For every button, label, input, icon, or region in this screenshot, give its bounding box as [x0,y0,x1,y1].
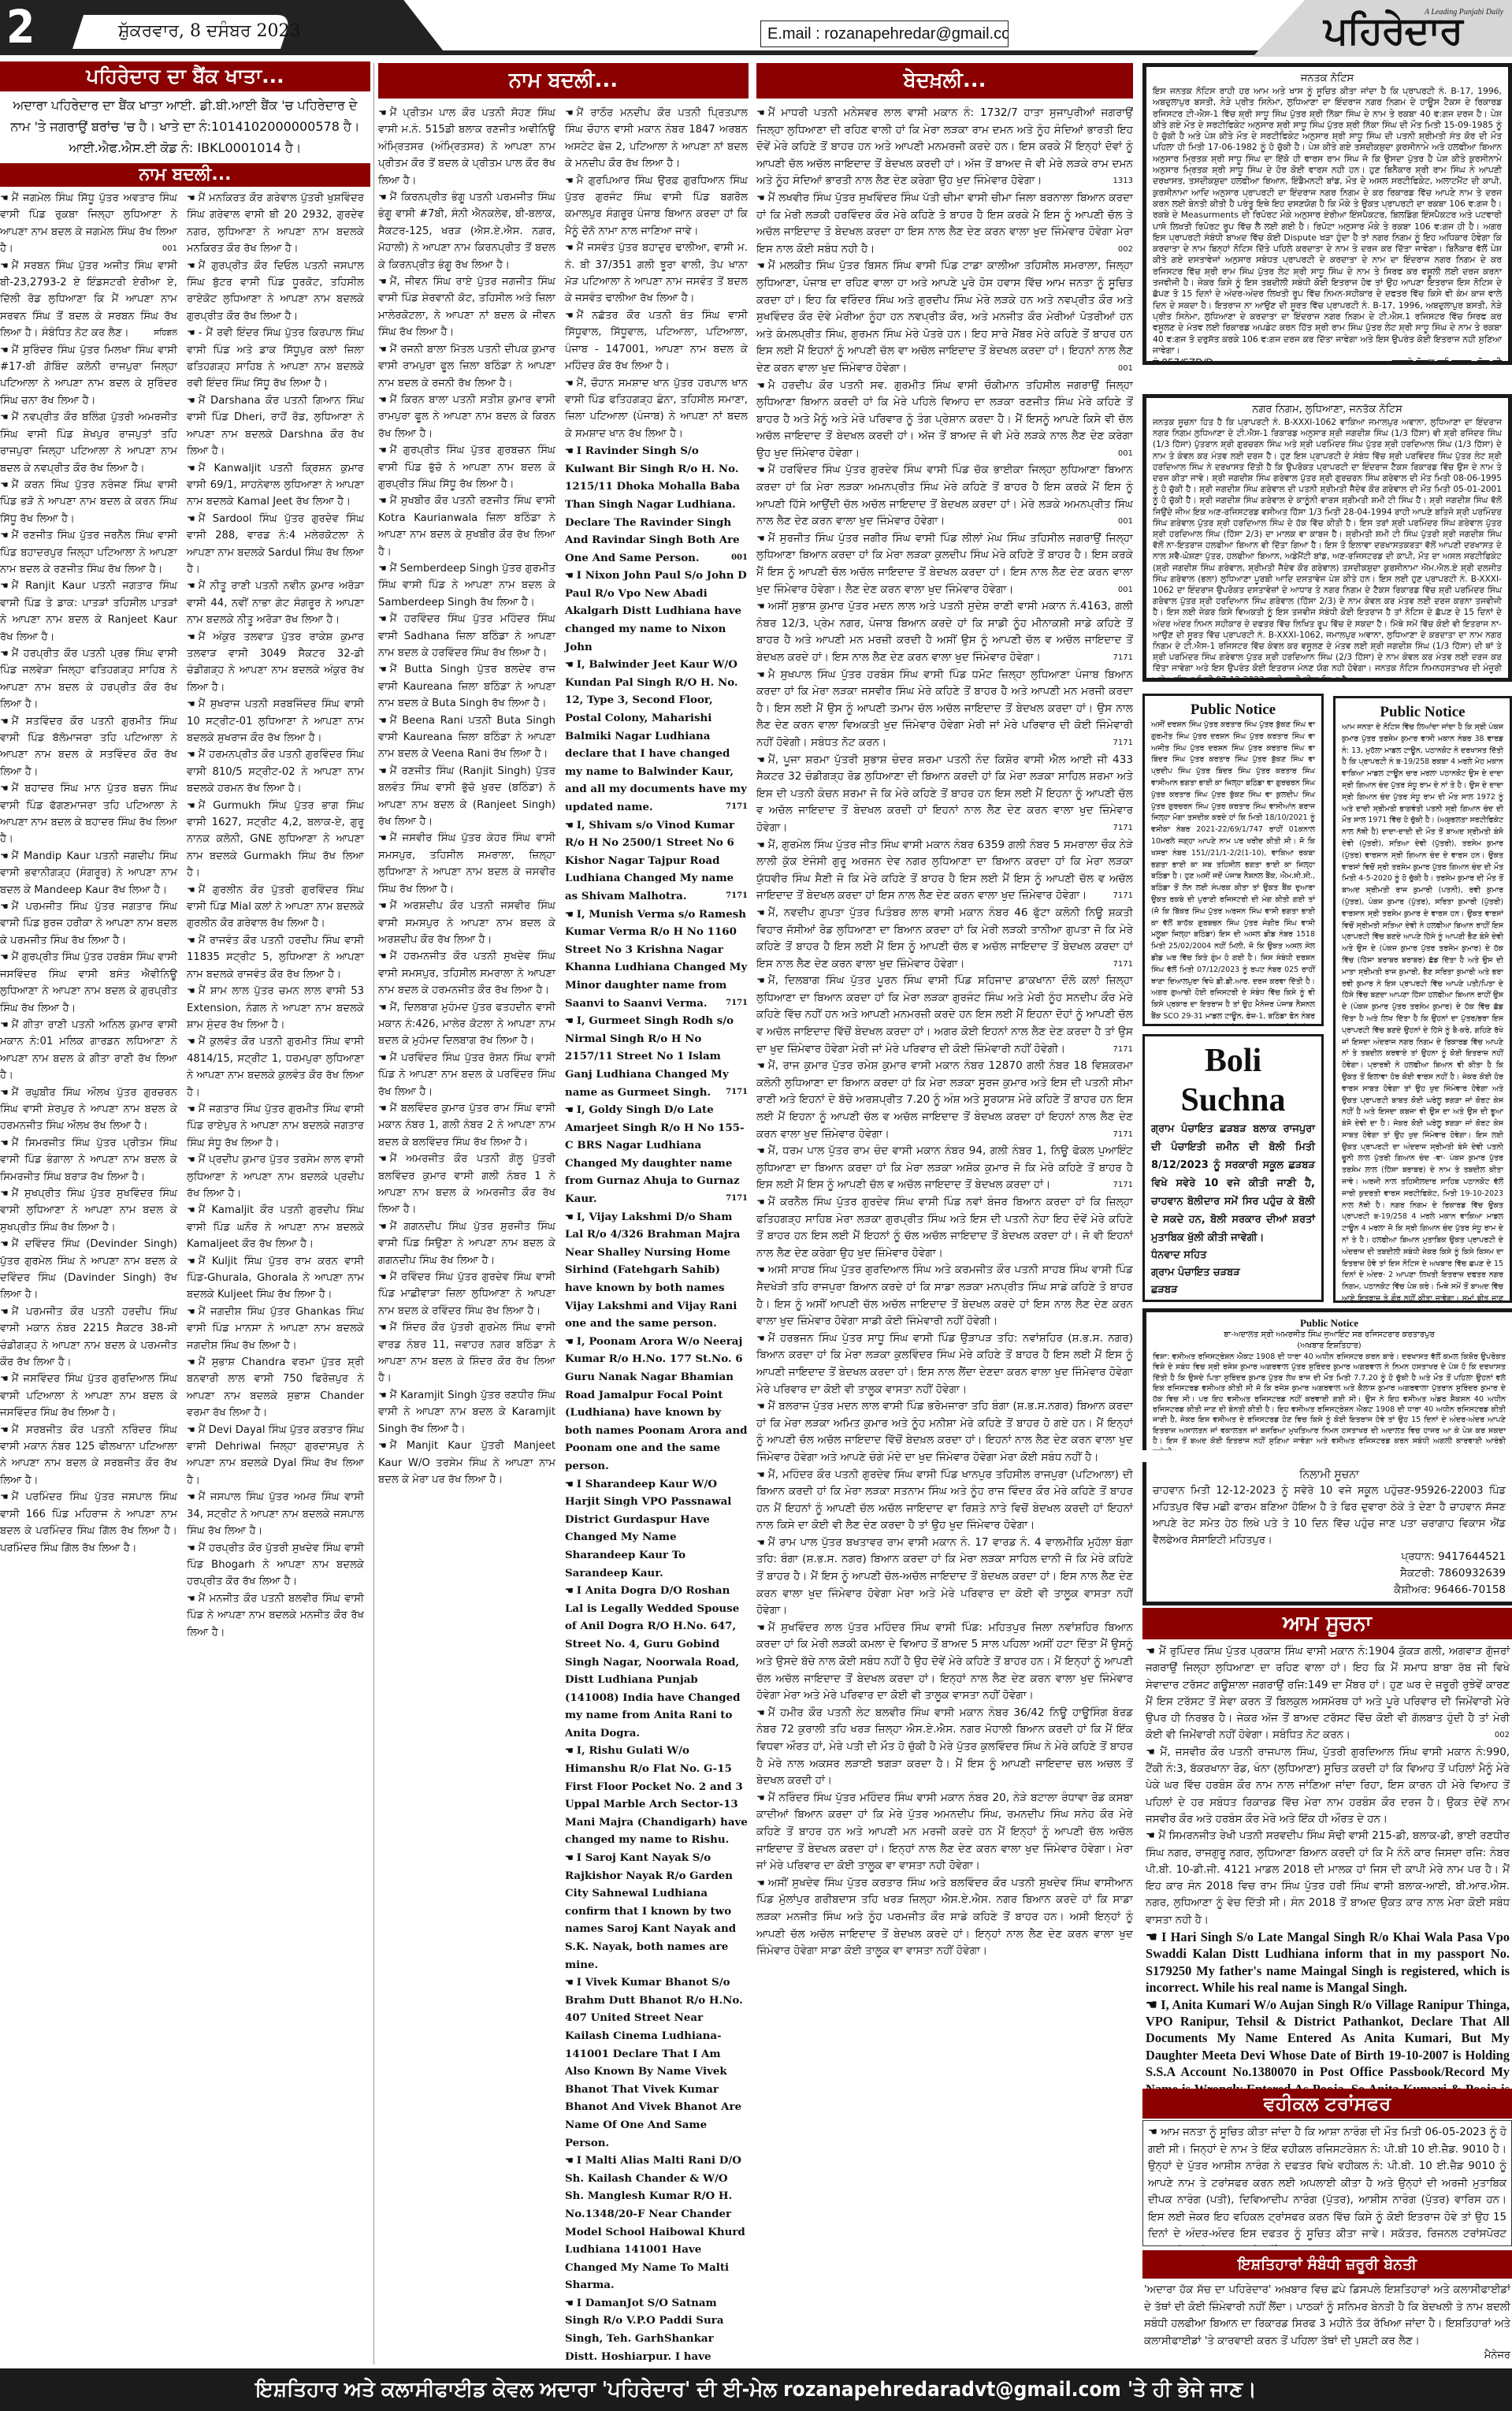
entry-text: I Sharandeep Kaur W/O Harjit Singh VPO P… [565,1478,731,1579]
pointing-hand-icon: ☚ [378,1002,387,1013]
entry-text: ਮੈਂ ਮਨਕਿਰਤ ਕੌਰ ਗਰੇਵਾਲ ਪੁੱਤਰੀ ਖੁਸ਼ਵਿੰਦਰ ਸ… [187,192,364,255]
classified-entry: ☚ਮੈਂ Butta Singh ਪੁੱਤਰ ਬਲਦੇਵ ਰਾਜ ਵਾਸੀ Ka… [378,661,555,712]
classified-entry: ☚ਮੈਂ, ਰਾਜ ਕੁਮਾਰ ਪੁੱਤਰ ਰਮੇਸ਼ ਕੁਮਾਰ ਵਾਸੀ ਮ… [756,1058,1133,1143]
pointing-hand-icon: ☚ [565,820,574,831]
classified-entry: ☚ਮੈਂ Ranjit Kaur ਪਤਨੀ ਜਗਤਾਰ ਸਿੰਘ ਵਾਸੀ ਪਿ… [0,578,177,646]
pointing-hand-icon: ☚ [565,310,574,321]
contact-phone[interactable]: ਪ੍ਰਧਾਨ: 9417644521 [1153,1549,1506,1565]
classified-entry: ☚ਮੈਂ ਬਹਾਦਰ ਸਿੰਘ ਮਾਨ ਪੁੱਤਰ ਬਚਨ ਸਿੰਘ ਵਾਸੀ … [0,780,177,848]
entry-text: I, Goldy Singh D/o Late Amarjeet Singh R… [565,1103,745,1205]
pointing-hand-icon: ☚ [0,716,9,727]
classified-entry: ☚ਮੈਂ ਸੁਖਵਿੰਦਰ ਲਾਲ ਪੁੱਤਰ ਮਹਿੰਦਰ ਸਿੰਘ ਵਾਸੀ… [756,1620,1133,1705]
entry-text: ਮੈ ਸੁਖਪਾਲ ਸਿੰਘ ਪੁੱਤਰ ਹਰਬੰਸ ਸਿੰਘ ਵਾਸੀ ਪਿੰ… [756,668,1133,749]
entry-text: ਮੈਂ ਅੰਕੁਰ ਤਲਵਾੜ ਪੁੱਤਰ ਰਾਕੇਸ਼ ਕੁਮਾਰ ਤਲਵਾੜ… [187,631,364,694]
classified-entry: ☚ਮੈਂ ਸ਼ਿੰਦਰ ਕੌਰ ਪੁੱਤਰੀ ਗੁਰਮੇਲ ਸਿੰਘ ਵਾਸੀ … [378,1319,555,1387]
entry-text: ਮੈਂ ਜਗਤਾਰ ਸਿੰਘ ਪੁੱਤਰ ਗੁਰਮੀਤ ਸਿੰਘ ਵਾਸੀ ਪਿ… [187,1103,364,1149]
pointing-hand-icon: ☚ [378,107,387,118]
classified-entry: ☚ਮੈ ਸੁਖਪਾਲ ਸਿੰਘ ਪੁੱਤਰ ਹਰਬੰਸ ਸਿੰਘ ਵਾਸੀ ਪਿ… [756,667,1133,752]
entry-code: 7171 [726,887,748,906]
classified-entry: ☚I, Rishu Gulati W/o Himanshu R/o Flat N… [565,1742,748,1849]
entry-text: ਮੈਂ, ਮਹਿੰਦਰ ਕੌਰ ਪਤਨੀ ਗੁਰਦੇਵ ਸਿੰਘ ਵਾਸੀ ਪਿ… [756,1468,1133,1532]
entry-text: ਮੈਂ ਗੁਰਪ੍ਰੀਤ ਕੌਰ ਦਿਓਲ ਪਤਨੀ ਜਸਪਾਲ ਸਿੰਘ ਬੁ… [187,260,364,322]
entry-text: ਮੈਂ ਨਵਪ੍ਰੀਤ ਕੌਰ ਬਲਿੰਗ ਪੁੱਤਰੀ ਅਮਰਜੀਤ ਸਿੰਘ… [0,411,177,474]
entry-text: I, Vijay Lakshmi D/o Sham Lal R/o 4/326 … [565,1211,740,1330]
pointing-hand-icon: ☚ [0,411,9,422]
notice-signature: ਨੰ.857/SZD/Dਵਾਸਤੇ ਜੋਨਲ ਕਮਿਸ਼ਨਰ, ਜੋਨ-ਡੀ [1153,356,1502,365]
classified-entry: ☚ਮੈਂ Darshana ਕੌਰ ਪਤਨੀ ਗਿਆਨ ਸਿੰਘ ਵਾਸੀ ਪਿ… [187,393,364,460]
pointing-hand-icon: ☚ [378,832,387,843]
classified-entry: ☚ਮੈਂ Kamaljit ਕੌਰ ਪਤਨੀ ਗੁਰਦੀਪ ਸਿੰਘ ਵਾਸੀ … [187,1202,364,1252]
classified-entry: ☚ਮੈਂ ਪ੍ਰਦੀਪ ਕੁਮਾਰ ਪੁੱਤਰ ਤਰਸੇਮ ਲਾਲ ਵਾਸੀ ਲ… [187,1152,364,1202]
classified-entry: ☚ਮੈਂ ਸਰਬਨ ਸਿੰਘ ਪੁੱਤਰ ਅਜੀਤ ਸਿੰਘ ਵਾਸੀ ਬੀ-2… [0,258,177,342]
entry-text: ਮੈਂ ਹਮੀਰ ਕੌਰ ਪਤਨੀ ਲੇਟ ਬਲਵੀਰ ਸਿੰਘ ਵਾਸੀ ਮਕ… [756,1706,1133,1787]
notice-entry: ☚ I Hari Singh S/o Late Mangal Singh R/o… [1146,1929,1510,1996]
pointing-hand-icon: ☚ [378,1103,387,1114]
contact-phone[interactable]: ਕੈਸ਼ੀਅਰ: 96466-70158 [1153,1582,1506,1598]
entry-text: ਮੈਂ ਕਰਨੈਲ ਸਿੰਘ ਪੁੱਤਰ ਗੁਰਦੇਵ ਸਿੰਘ ਵਾਸੀ ਪਿ… [756,1196,1133,1259]
classified-entry: ☚ਮੈਂ ਸੁਖਪ੍ਰੀਤ ਸਿੰਘ ਪੁੱਤਰ ਸੁਖਵਿੰਦਰ ਸਿੰਘ ਵ… [0,1185,177,1236]
pointing-hand-icon: ☚ [378,344,387,355]
entry-text: I, Rishu Gulati W/o Himanshu R/o Flat No… [565,1744,748,1846]
classified-entry: ☚ਮੈਂ ਮਨਕਿਰਤ ਕੌਰ ਗਰੇਵਾਲ ਪੁੱਤਰੀ ਖੁਸ਼ਵਿੰਦਰ … [187,190,364,258]
aam-suchna-body: ☚ ਮੈਂ ਰੁਪਿੰਦਰ ਸਿੰਘ ਪੁੱਤਰ ਪ੍ਰਕਾਸ਼ ਸਿੰਘ ਵਾ… [1146,1643,1510,2115]
entry-text: ਮੈਂ ਪਰਮਿੰਦਰ ਸਿੰਘ ਪੁੱਤਰ ਜਸਪਾਲ ਸਿੰਘ ਵਾਸੀ 1… [0,1491,177,1553]
name-change-left-header: ਨਾਮ ਬਦਲੀ... [0,163,370,187]
entry-text: ਮੈਂ ਦਵਿੰਦਰ ਸਿੰਘ (Devinder Singh) ਪੁੱਤਰ ਗ… [0,1238,177,1300]
entry-text: ਮੈਂ ਰਣਜੀਤ ਸਿੰਘ (Ranjit Singh) ਪੁੱਤਰ ਬਲਵੰ… [378,765,555,828]
classified-entry: ☚ਮੈਂ ਅਰਸ਼ਦੀਪ ਕੌਰ ਪਤਨੀ ਜਸਵੀਰ ਸਿੰਘ ਵਾਸੀ ਸਮ… [378,898,555,948]
entry-text: ਮੈਂ ਅਮਰਜੀਤ ਕੌਰ ਪਤਨੀ ਗੋਲੂ ਪੁੱਤਰੀ ਬਲਵਿੰਦਰ … [378,1153,555,1215]
entry-text: ਮੈਂ ਹਰਪ੍ਰੀਤ ਕੌਰ ਪੁੱਤਰੀ ਸੁਖਦੇਵ ਸਿੰਘ ਵਾਸੀ … [187,1542,364,1588]
classified-entry: ☚ਮੈਂ ਨਰਿੰਦਰ ਸਿੰਘ ਪੁੱਤਰ ਮਹਿੰਦਰ ਸਿੰਘ ਵਾਸੀ … [756,1790,1133,1875]
pointing-hand-icon: ☚ [756,260,765,271]
pointing-hand-icon: ☚ [0,1424,9,1435]
entry-text: I Vivek Kumar Bhanot S/o Brahm Dutt Bhan… [565,1976,743,2149]
boli-suchna: Boli Suchna ਗ੍ਰਾਮ ਪੰਚਾਇਤ ਛੜਬੜ ਬਲਾਕ ਰਾਜਪੁ… [1142,1034,1324,1302]
boli-signature: ਧੰਨਵਾਦ ਸਹਿਤਗ੍ਰਾਮ ਪੰਚਾਇਤ ਚੜਬੜਛੜਬੜ [1151,1247,1315,1299]
entry-text: ਮੈਂ ਰਜਨੀ ਬਾਲਾ ਮਿੱਤਲ ਪਤਨੀ ਦੀਪਕ ਕੁਮਾਰ ਵਾਸੀ… [378,344,555,389]
pointing-hand-icon: ☚ [565,378,574,389]
entry-text: ਮੈਂ ਗੁਰਪ੍ਰੀਤ ਸਿੰਘ ਪੁੱਤਰ ਹਰਬੰਸ ਸਿੰਘ ਵਾਸੀ … [0,951,177,1014]
entry-text: I Saroj Kant Nayak S/o Rajkishor Nayak R… [565,1851,736,1971]
entry-code: 002 [1118,241,1133,259]
classified-entry: ☚ਮੈਂ Mandip Kaur ਪਤਨੀ ਜਗਦੀਪ ਸਿੰਘ ਵਾਸੀ ਭਵ… [0,848,177,899]
issue-date: ਸ਼ੁੱਕਰਵਾਰ, 8 ਦਸੰਬਰ 2023 [118,17,301,46]
pointing-hand-icon: ☚ [565,909,574,920]
entry-code: 7171 [1113,1177,1133,1194]
entry-text: I Anita Dogra D/O Roshan Lal is Legally … [565,1584,740,1739]
classified-entry: ☚ਮੈ ਹਰਦੀਪ ਕੌਰ ਪਤਨੀ ਸਵ. ਗੁਰਮੀਤ ਸਿੰਘ ਵਾਸੀ … [756,378,1133,463]
entry-text: ਮੈਂ Ranjit Kaur ਪਤਨੀ ਜਗਤਾਰ ਸਿੰਘ ਵਾਸੀ ਪਿੰ… [0,580,177,642]
classified-entry: ☚ਮੈਂ ਨਵਪ੍ਰੀਤ ਕੌਰ ਬਲਿੰਗ ਪੁੱਤਰੀ ਅਮਰਜੀਤ ਸਿੰ… [0,409,177,477]
pointing-hand-icon: ☚ [756,192,765,203]
pointing-hand-icon: ☚ [378,1440,387,1451]
entry-text: ਮੈਂ ਮਨਜੀਤ ਕੌਰ ਪਤਨੀ ਬਲਵੀਰ ਸਿੰਘ ਵਾਸੀ ਪਿੰਡ … [187,1593,364,1639]
pointing-hand-icon: ☚ [0,783,9,794]
classified-entry: ☚ਮੈਂ ਨਛੱਤਰ ਕੌਰ ਪਤਨੀ ਬੰਤ ਸਿੰਘ ਵਾਸੀ ਸਿੱਧੂਵ… [565,307,748,375]
notice-title: ਨਗਰ ਨਿਗਮ, ਲੁਧਿਆਣਾ, ਜਨਤੱਕ ਨੋਟਿਸ [1153,403,1502,417]
classified-entry: ☚ਮੈਂ ਰਾਜਵੰਤ ਕੌਰ ਪਤਨੀ ਹਰਦੀਪ ਸਿੰਘ ਵਾਸੀ 118… [187,932,364,983]
bank-details: ਅਦਾਰਾ ਪਹਿਰੇਦਾਰ ਦਾ ਬੈਂਕ ਖਾਤਾ ਆਈ. ਡੀ.ਬੀ.ਆਈ… [0,91,370,162]
notice-title: Public Notice [1151,701,1315,720]
pointing-hand-icon: ☚ [1146,1830,1158,1842]
classified-entry: ☚ਮੈਂ ਜਗਤਾਰ ਸਿੰਘ ਪੁੱਤਰ ਗੁਰਮੀਤ ਸਿੰਘ ਵਾਸੀ ਪ… [187,1101,364,1152]
pointing-hand-icon: ☚ [0,1188,9,1199]
pointing-hand-icon: ☚ [1148,2126,1161,2138]
pointing-hand-icon: ☚ [756,1537,765,1548]
notice-subtitle: (ਅਖਬਾਰ ਇਸ਼ਤਿਹਾਰ) [1153,1341,1506,1352]
pointing-hand-icon: ☚ [565,1104,574,1115]
pointing-hand-icon: ☚ [187,884,195,895]
pointing-hand-icon: ☚ [1146,1997,1161,2012]
entry-text: ਮੈਂ Kuljit ਸਿੰਘ ਪੁੱਤਰ ਰਾਮ ਕਰਨ ਵਾਸੀ ਪਿੰਡ-… [187,1256,364,1301]
pointing-hand-icon: ☚ [378,765,387,776]
vehicle-transfer-body: ਆਮ ਜਨਤਾ ਨੂੰ ਸੂਚਿਤ ਕੀਤਾ ਜਾਂਦਾ ਹੈ ਕਿ ਆਸ਼ਾ … [1148,2126,1506,2246]
classified-entry: ☚ਅਸੀ ਸਾਹਬ ਸਿੰਘ ਪੁੱਤਰ ਗੁਰਦਿਆਲ ਸਿੰਘ ਅਤੇ ਕਰ… [756,1262,1133,1330]
entry-text: ਮੈਂ Gurmukh ਸਿੰਘ ਪੁੱਤਰ ਭਾਗ ਸਿੰਘ ਵਾਸੀ 162… [187,800,364,880]
entry-text: ਮੈਂ ਸਰਬਨ ਸਿੰਘ ਪੁੱਤਰ ਅਜੀਤ ਸਿੰਘ ਵਾਸੀ ਬੀ-23… [0,260,177,340]
entry-text: ਮੈਂ ਸੁਖਬੀਰ ਕੌਰ ਪਤਨੀ ਰਣਜੀਤ ਸਿੰਘ ਵਾਸੀ Kotr… [378,495,555,557]
entry-text: ਮੈਂ ਪਰਮਜੀਤ ਕੌਰ ਪਤਨੀ ਹਰਦੀਪ ਸਿੰਘ ਵਾਸੀ ਮਕਾਨ… [0,1306,177,1368]
entry-text: ਮੈਂ ਗੀਤਾ ਰਾਣੀ ਪਤਨੀ ਅਨਿਲ ਕੁਮਾਰ ਵਾਸੀ ਮਕਾਨ … [0,1019,177,1081]
entry-text: ਮੈਂ ਜਗਦੀਸ਼ ਸਿੰਘ ਪੁੱਤਰ Ghankas ਸਿੰਘ ਵਾਸੀ … [187,1306,364,1352]
notice-signatory: ਵਾਸਤੇ ਜੋਨਲ ਕਮਿਸ਼ਨਰ, ਜੋਨ-ਡੀ [1392,356,1502,365]
notice-body: ਅਸੀਂ ਦਰਸ਼ਨ ਸਿੰਘ ਪੁੱਤਰ ਕਰਤਾਰ ਸਿੰਘ ਪੁੱਤਰ ਬ… [1151,720,1315,1026]
signature-line: ਧੰਨਵਾਦ ਸਹਿਤ [1151,1247,1315,1264]
column-divider [373,63,374,2364]
classified-entry: ☚ਮੈਂ ਕੁਲਵੰਤ ਕੌਰ ਪਤਨੀ ਗੁਰਮੀਤ ਸਿੰਘ ਵਾਸੀ 48… [187,1033,364,1101]
entry-text: ਮੈਂ ਹਰਪ੍ਰੀਤ ਕੌਰ ਪਤਨੀ ਪ੍ਰਭ ਸਿੰਘ ਵਾਸੀ ਪਿੰਡ… [0,648,177,710]
entry-text: ਮੈਂ ਰਘੁਬੀਰ ਸਿੰਘ ਔਲਖ ਪੁੱਤਰ ਗੁਰਚਰਨ ਸਿੰਘ ਵਾ… [0,1087,177,1133]
entry-text: ਮੈਂ ਨੀਤੂ ਰਾਣੀ ਪਤਨੀ ਨਵੀਨ ਕੁਮਾਰ ਅਰੋੜਾ ਵਾਸੀ… [187,580,364,626]
pointing-hand-icon: ☚ [756,1333,765,1344]
classified-entry: ☚ਮੈਂ, ਗੁਰਮੇਲ ਸਿੰਘ ਪੁੱਤਰ ਜੀਤ ਸਿੰਘ ਵਾਸੀ ਮਕ… [756,837,1133,905]
classified-entry: ☚ਮੈਂ, ਦਿਲਬਾਗ ਮੁਹੰਮਦ ਪੁੱਤਰ ਫਤਹਦੀਨ ਵਾਸੀ ਮਕ… [378,999,555,1050]
classified-entry: ☚ਮੈਂ ਪਰਮਜੀਤ ਕੌਰ ਪਤਨੀ ਹਰਦੀਪ ਸਿੰਘ ਵਾਸੀ ਮਕਾ… [0,1304,177,1371]
nilami-body: ਚਾਹਵਾਨ ਮਿਤੀ 12-12-2023 ਨੂੰ ਸਵੇਰੇ 10 ਵਜੇ … [1153,1483,1506,1549]
classified-entry: ☚ਮੈਂ ਬਲਰਾਜ ਪੁੱਤਰ ਮਦਨ ਲਾਲ ਵਾਸੀ ਪਿੰਡ ਭਰੋਮਜ… [756,1398,1133,1466]
pointing-hand-icon: ☚ [378,613,387,624]
entry-text: ਮੈ ਹਰਦੀਪ ਕੌਰ ਪਤਨੀ ਸਵ. ਗੁਰਮੀਤ ਸਿੰਘ ਵਾਸੀ ਚ… [756,379,1133,460]
pointing-hand-icon: ☚ [378,715,387,726]
entry-text: ਮੈਂ ਕੁਲਵੰਤ ਕੌਰ ਪਤਨੀ ਗੁਰਮੀਤ ਸਿੰਘ ਵਾਸੀ 481… [187,1036,364,1098]
entry-text: ਮੈਂ ਪਰਵਿੰਦਰ ਸਿੰਘ ਪੁੱਤਰ ਰੋਸ਼ਨ ਸਿੰਘ ਵਾਸੀ ਪ… [378,1052,555,1098]
pointing-hand-icon: ☚ [565,107,574,118]
pointing-hand-icon: ☚ [756,601,765,612]
classified-entry: ☚ਮੈਂ Devi Dayal ਸਿੰਘ ਪੁੱਤਰ ਕਰਤਾਰ ਸਿੰਘ ਵਾ… [187,1422,364,1490]
classified-entry: ☚ਮੈਂ ਜਸਵੰਤ ਪੁੱਤਰ ਬਹਾਦੁਰ ਢਾਲੀਆ, ਵਾਸੀ ਮ. ਨ… [565,240,748,307]
pointing-hand-icon: ☚ [0,1087,9,1098]
classified-entry: ☚ਮੈਂ ਗੁਰਲੀਨ ਕੌਰ ਪੁੱਤਰੀ ਗੁਰਵਿੰਦਰ ਸਿੰਘ ਵਾਸ… [187,882,364,932]
classified-entry: ☚ਮੈਂ ਜਗਮੇਲ ਸਿੰਘ ਸਿੱਧੂ ਪੁੱਤਰ ਅਵਤਾਰ ਸਿੰਘ ਵ… [0,190,177,258]
entry-text: ਮੈਂ ਹਰਵਿੰਦਰ ਸਿੰਘ ਪੁੱਤਰ ਗੁਰਦੇਵ ਸਿੰਘ ਵਾਸੀ … [756,463,1133,527]
entry-code: 001 [1118,513,1133,530]
entry-code: 7171 [726,1190,748,1208]
ad-request-text: 'ਅਦਾਰਾ ਹੱਕ ਸੱਚ ਦਾ ਪਹਿਰੇਦਾਰ' ਅਖ਼ਬਾਰ ਵਿਚ ਛ… [1144,2282,1510,2350]
classified-entry: ☚ਅਸੀਂ ਸੁਖਦੇਵ ਸਿੰਘ ਪੁੱਤਰ ਕਰਤਾਰ ਸਿੰਘ ਅਤੇ ਬ… [756,1875,1133,1960]
pointing-hand-icon: ☚ [565,1852,574,1863]
entry-text: ਮੈਂ Kanwaljit ਪਤਨੀ ਕ੍ਰਿਸ਼ਨ ਕੁਮਾਰ ਵਾਸੀ 69… [187,463,364,508]
pointing-hand-icon: ☚ [378,951,387,962]
entry-code: 7171 [1113,956,1133,973]
pointing-hand-icon: ☚ [187,580,195,591]
classified-entry: ☚ਮੈਂ ਹਮੀਰ ਕੌਰ ਪਤਨੀ ਲੇਟ ਬਲਵੀਰ ਸਿੰਘ ਵਾਸੀ ਮ… [756,1705,1133,1790]
entry-text: I DamanJot S/O Satnam Singh R/o V.P.O Pa… [565,2297,742,2368]
ad-request-body: 'ਅਦਾਰਾ ਹੱਕ ਸੱਚ ਦਾ ਪਹਿਰੇਦਾਰ' ਅਖ਼ਬਾਰ ਵਿਚ ਛ… [1144,2282,1510,2368]
entry-text: ਮੈਂ ਬਲਵਿੰਦਰ ਕੁਮਾਰ ਪੁੱਤਰ ਰਾਮ ਸਿੰਘ ਵਾਸੀ ਮਕ… [378,1103,555,1148]
pointing-hand-icon: ☚ [187,1424,195,1435]
pointing-hand-icon: ☚ [565,2298,574,2309]
classified-entry: ☚ਮੈਂ ਹਰਵਿੰਦਰ ਸਿੰਘ ਪੁੱਤਰ ਮਹਿੰਦਰ ਸਿੰਘ ਵਾਸੀ… [378,611,555,661]
classified-entry: ☚ਮੈਂ ਪਰਵਿੰਦਰ ਸਿੰਘ ਪੁੱਤਰ ਰੋਸ਼ਨ ਸਿੰਘ ਵਾਸੀ … [378,1050,555,1100]
classified-entry: ☚ਮੈਂ ਜਗਦੀਸ਼ ਸਿੰਘ ਪੁੱਤਰ Ghankas ਸਿੰਘ ਵਾਸੀ… [187,1304,364,1354]
pointing-hand-icon: ☚ [187,463,195,474]
pointing-hand-icon: ☚ [378,563,387,574]
entry-text: ਮੈਂ Devi Dayal ਸਿੰਘ ਪੁੱਤਰ ਕਰਤਾਰ ਸਿੰਘ ਵਾਸ… [187,1424,364,1486]
entry-text: ਮੈਂ ਸੁਖਵਿੰਦਰ ਲਾਲ ਪੁੱਤਰ ਮਹਿੰਦਰ ਸਿੰਘ ਵਾਸੀ … [756,1621,1133,1702]
entry-text: ਮੈਂ, ਗੁਰਮੇਲ ਸਿੰਘ ਪੁੱਤਰ ਜੀਤ ਸਿੰਘ ਵਾਸੀ ਮਕਾ… [756,839,1133,902]
entry-text: ਮੈਂ Beena Rani ਪਤਨੀ Buta Singh ਵਾਸੀ Kaur… [378,715,555,761]
name-change-middle-header: ਨਾਮ ਬਦਲੀ... [378,63,749,99]
classified-entry: ☚ਮੈਂ Gurmukh ਸਿੰਘ ਪੁੱਤਰ ਭਾਗ ਸਿੰਘ ਵਾਸੀ 16… [187,798,364,882]
pointing-hand-icon: ☚ [378,1052,387,1063]
classified-entry: ☚ਮੈਂ ਰਾਮ ਪਾਲ ਪੁੱਤਰ ਬਖਤਾਵਰ ਰਾਮ ਵਾਸੀ ਮਕਾਨ … [756,1535,1133,1620]
classified-entry: ☚ਮੈਂ ਗੁਰਪ੍ਰੀਤ ਸਿੰਘ ਪੁੱਤਰ ਹਰਬੰਸ ਸਿੰਘ ਵਾਸੀ… [0,949,177,1017]
classified-entry: ☚ਮੈਂ ਹਰਵਿੰਦਰ ਸਿੰਘ ਪੁੱਤਰ ਗੁਰਦੇਵ ਸਿੰਘ ਵਾਸੀ… [756,462,1133,530]
classified-entry: ☚ਮੈਂ ਗੀਤਾ ਰਾਣੀ ਪਤਨੀ ਅਨਿਲ ਕੁਮਾਰ ਵਾਸੀ ਮਕਾਨ… [0,1017,177,1085]
notice-body: ਆਮ ਜਨਤਾ ਦੇ ਨੋਟਿਸ ਵਿੱਚ ਲਿਆਂਦਾ ਜਾਂਦਾ ਹੈ ਕਿ… [1342,722,1503,1303]
pointing-hand-icon: ☚ [187,1256,195,1267]
pointing-hand-icon: ☚ [187,192,195,203]
pointing-hand-icon: ☚ [0,1491,9,1502]
pointing-hand-icon: ☚ [378,495,387,506]
pointing-hand-icon: ☚ [756,533,765,544]
entry-text: ਮੈਂ ਕਿਰਨਪ੍ਰੀਤ ਭੰਗੂ ਪਤਨੀ ਪਰਮਜੀਤ ਸਿੰਘ ਭੰਗੂ… [378,192,555,271]
pointing-hand-icon: ☚ [187,1103,195,1114]
pointing-hand-icon: ☚ [187,1356,195,1367]
entry-text: ਅਸੀਂ ਸੁਭਾਸ਼ ਕੁਮਾਰ ਪੁੱਤਰ ਮਦਨ ਲਾਲ ਅਤੇ ਪਤਨੀ… [756,600,1133,664]
classified-entry: ☚ਮੈਂ ਕਿਰਨਪ੍ਰੀਤ ਭੰਗੂ ਪਤਨੀ ਪਰਮਜੀਤ ਸਿੰਘ ਭੰਗ… [378,189,555,273]
entry-text: ਮੈਂ ਜਗਮੇਲ ਸਿੰਘ ਸਿੱਧੂ ਪੁੱਤਰ ਅਵਤਾਰ ਸਿੰਘ ਵਾ… [0,192,177,255]
pointing-hand-icon: ☚ [756,754,765,765]
entry-text: ਮੈਂ ਜਸਪਾਲ ਸਿੰਘ ਪੁੱਤਰ ਅਮਰ ਸਿੰਘ ਵਾਸੀ 34, ਸ… [187,1491,364,1537]
classified-entry: ☚ਮੈਂ, ਦਿਲਬਾਗ ਸਿੰਘ ਪੁੱਤਰ ਪੂਰਨ ਸਿੰਘ ਵਾਸੀ ਪ… [756,973,1133,1058]
classified-entry: ☚ਮੈਂ ਹਰਭਜਨ ਸਿੰਘ ਪੁੱਤਰ ਸਾਧੂ ਸਿੰਘ ਵਾਸੀ ਪਿੰ… [756,1330,1133,1398]
classified-entry: ☚ਮੈਂ ਗੁਰਪ੍ਰੀਤ ਸਿੰਘ ਪੁੱਤਰ ਗੁਰਬਚਨ ਸਿੰਘ ਵਾਸ… [378,442,555,493]
public-notice-2: Public Notice ਆਮ ਜਨਤਾ ਦੇ ਨੋਟਿਸ ਵਿੱਚ ਲਿਆਂ… [1333,696,1512,1303]
entry-text: I, Gurmeet Singh Rodh s/o Nirmal Singh R… [565,1014,734,1098]
entry-text: ਮੈਂ Semberdeep Singh ਪੁੱਤਰ ਗੁਰਮੀਤ ਸਿੰਘ ਵ… [378,563,555,608]
entry-text: ਮੈਂ ਹਰਮਨਪ੍ਰੀਤ ਕੌਰ ਪਤਨੀ ਗੁਰਵਿੰਦਰ ਸਿੰਘ ਵਾਸ… [187,749,364,794]
classified-entry: ☚ਮੈਂ Kuljit ਸਿੰਘ ਪੁੱਤਰ ਰਾਮ ਕਰਨ ਵਾਸੀ ਪਿੰਡ… [187,1253,364,1304]
entry-text: ਮੈਂ ਬਲਰਾਜ ਪੁੱਤਰ ਮਦਨ ਲਾਲ ਵਾਸੀ ਪਿੰਡ ਭਰੋਮਜਾ… [756,1400,1133,1464]
entry-code: 7171 [1113,1126,1133,1144]
notice-entry: ☚ ਮੈਂ ਸਿਮਰਨਜੀਤ ਰੇਖੀ ਪਤਨੀ ਸਰਵਦੀਪ ਸਿੰਘ ਸੋਢ… [1146,1828,1510,1929]
classified-entry: ☚ਮੈਂ ਬਲਵਿੰਦਰ ਕੁਮਾਰ ਪੁੱਤਰ ਰਾਮ ਸਿੰਘ ਵਾਸੀ ਮ… [378,1100,555,1151]
pointing-hand-icon: ☚ [187,1542,195,1553]
entry-text: ਮੈਂ ਹਰਭਜਨ ਸਿੰਘ ਪੁੱਤਰ ਸਾਧੂ ਸਿੰਘ ਵਾਸੀ ਪਿੰਡ… [756,1332,1133,1396]
entry-text: ਮੈਂ ਸੁਖਪ੍ਰੀਤ ਸਿੰਘ ਪੁੱਤਰ ਸੁਖਵਿੰਦਰ ਸਿੰਘ ਵਾ… [0,1188,177,1233]
notice-ref: ਨੰ.857/SZD/D [1153,356,1213,365]
classified-entry: ☚ਮੈਂ ਮਾਧਰੀ ਪਤਨੀ ਮਨੇਸਵਰ ਲਾਲ ਵਾਸੀ ਮਕਾਨ ਨੰ:… [756,105,1133,190]
entry-text: I Ravinder Singh S/o Kulwant Bir Singh R… [565,445,740,564]
entry-text: ਮੈਂ Sardool ਸਿੰਘ ਪੁੱਤਰ ਗੁਰਦੇਵ ਸਿੰਘ ਵਾਸੀ … [187,513,364,575]
classified-entry: ☚ਮੈਂ ਅਮਰਜੀਤ ਕੌਰ ਪਤਨੀ ਗੋਲੂ ਪੁੱਤਰੀ ਬਲਵਿੰਦਰ… [378,1151,555,1219]
entry-code: 001 [1118,360,1133,378]
classified-entry: ☚ਮੈਂ ਮਲਕੀਤ ਸਿੰਘ ਪੁੱਤਰ ਬਿਸਨ ਸਿੰਘ ਵਾਸੀ ਪਿੰ… [756,258,1133,377]
ad-request-signature: ਮੈਨੇਜਰ [1144,2350,1510,2361]
logo-tagline: A Leading Punjabi Daily [1425,8,1503,17]
eviction-column: ਬੇਦਖ਼ਲੀ... ☚ਮੈਂ ਮਾਧਰੀ ਪਤਨੀ ਮਨੇਸਵਰ ਲਾਲ ਵਾ… [756,63,1133,2368]
pointing-hand-icon: ☚ [187,1154,195,1165]
public-notice-1: Public Notice ਅਸੀਂ ਦਰਸ਼ਨ ਸਿੰਘ ਪੁੱਤਰ ਕਰਤਾ… [1142,694,1324,1026]
pointing-hand-icon: ☚ [756,907,765,918]
entry-text: I Malti Alias Malti Rani D/O Sh. Kailash… [565,2154,745,2291]
pointing-hand-icon: ☚ [187,631,195,642]
pointing-hand-icon: ☚ [187,513,195,524]
entry-text: ਮੈਂ ਹਰਮਨਜੀਤ ਕੌਰ ਪਤਨੀ ਸੁਖਦੇਵ ਸਿੰਘ ਵਾਸੀ ਸਮ… [378,951,555,996]
vehicle-transfer-box: ☚ ਆਮ ਜਨਤਾ ਨੂੰ ਸੂਚਿਤ ਕੀਤਾ ਜਾਂਦਾ ਹੈ ਕਿ ਆਸ਼… [1142,2120,1512,2246]
classified-entry: ☚ਮੈਂ, ਪੂਜਾ ਸ਼ਰਮਾ ਪੁੱਤਰੀ ਸੁਭਾਸ਼ ਚੰਦਰ ਸ਼ਰਮ… [756,752,1133,837]
boli-body: ਗ੍ਰਾਮ ਪੰਚਾਇਤ ਛੜਬੜ ਬਲਾਕ ਰਾਜਪੁਰਾ ਦੀ ਪੰਚਾਇਤ… [1151,1120,1315,1247]
pointing-hand-icon: ☚ [565,570,574,581]
entry-text: ਮੈਂ ਪ੍ਰਦੀਪ ਕੁਮਾਰ ਪੁੱਤਰ ਤਰਸੇਮ ਲਾਲ ਵਾਸੀ ਲੁ… [187,1154,364,1200]
pointing-hand-icon: ☚ [756,1469,765,1480]
notice-body: ਇਸ ਜਨਤਕ ਨੋਟਿਸ ਰਾਹੀ ਹਰ ਆਮ ਅਤੇ ਖਾਸ ਨੂੰ ਸੂਚ… [1153,86,1502,356]
entry-text: ਮੈਂ Butta Singh ਪੁੱਤਰ ਬਲਦੇਵ ਰਾਜ ਵਾਸੀ Kau… [378,664,555,709]
classified-entry: ☚ਅਸੀਂ ਸੁਭਾਸ਼ ਕੁਮਾਰ ਪੁੱਤਰ ਮਦਨ ਲਾਲ ਅਤੇ ਪਤਨ… [756,598,1133,666]
pointing-hand-icon: ☚ [187,1036,195,1047]
entry-text: ਮੈਂ ਨਛੱਤਰ ਕੌਰ ਪਤਨੀ ਬੰਤ ਸਿੰਘ ਵਾਸੀ ਸਿੱਧੂਵਾ… [565,310,748,372]
classified-entry: ☚ਮੈਂ ਸੁਰਿੰਦਰ ਸਿੰਘ ਪੁੱਤਰ ਮਿਲਖਾ ਸਿੰਘ ਵਾਸੀ … [0,342,177,410]
entry-code: 001 [162,240,177,257]
masthead-rule [0,50,1276,55]
pointing-hand-icon: ☚ [565,1585,574,1596]
janatak-notice-2: ਨਗਰ ਨਿਗਮ, ਲੁਧਿਆਣਾ, ਜਨਤੱਕ ਨੋਟਿਸ ਜਨਤਕ ਸੂਚਨ… [1142,394,1512,682]
entry-code: 1313 [1113,173,1133,190]
entry-text: ਮੈਂ ਗੁਰਲੀਨ ਕੌਰ ਪੁੱਤਰੀ ਗੁਰਵਿੰਦਰ ਸਿੰਘ ਵਾਸੀ… [187,884,364,930]
name-change-middle-col2: ☚ਮੈਂ ਰਾਠੌਰ ਮਨਦੀਪ ਕੌਰ ਪਤਨੀ ਪ੍ਰਿਤਪਾਲ ਸਿੰਘ … [565,105,748,2368]
entry-text: I, Poonam Arora W/o Neeraj Kumar R/o H.N… [565,1335,748,1472]
pointing-hand-icon: ☚ [565,1336,574,1347]
pointing-hand-icon: ☚ [0,260,9,271]
pointing-hand-icon: ☚ [565,175,574,186]
entry-text: ਮੈਂ Darshana ਕੌਰ ਪਤਨੀ ਗਿਆਨ ਸਿੰਘ ਵਾਸੀ ਪਿੰ… [187,395,364,457]
contact-email[interactable]: E.mail : rozanapehredar@gmail.com [760,20,1009,47]
pointing-hand-icon: ☚ [756,1196,765,1207]
pointing-hand-icon: ☚ [565,1015,574,1026]
classified-entry: ☚ਮੈਂ Karamjit Singh ਪੁੱਤਰ ਰਣਧੀਰ ਸਿੰਘ ਵਾਸ… [378,1387,555,1438]
entry-text: ਮੈ ਗੁਰਪਿਆਰ ਸਿੰਘ ਉਰਫ਼ ਗੁਰਧਿਆਨ ਸਿੰਘ ਪੁੱਤਰ … [565,175,748,237]
entry-text: ਮੈਂ ਸੁਖਰਾਜ ਪਤਨੀ ਸਰਬਜਿੰਦਰ ਸਿੰਘ ਵਾਸੀ 10 ਸਟ… [187,698,364,744]
entry-text: ਮੈਂ, ਜਸਵੀਰ ਕੌਰ ਪਤਨੀ ਰਾਜਪਾਲ ਸਿੰਘ, ਪੁੱਤਰੀ … [1146,1747,1510,1825]
footer-banner: ਇਸ਼ਤਿਹਾਰ ਅਤੇ ਕਲਾਸੀਫਾਈਡ ਕੇਵਲ ਅਦਾਰਾ 'ਪਹਿਰੇ… [0,2368,1512,2411]
footer-text[interactable]: ਇਸ਼ਤਿਹਾਰ ਅਤੇ ਕਲਾਸੀਫਾਈਡ ਕੇਵਲ ਅਦਾਰਾ 'ਪਹਿਰੇ… [255,2378,1256,2402]
entry-text: ਮੈਂ ਅਰਸ਼ਦੀਪ ਕੌਰ ਪਤਨੀ ਜਸਵੀਰ ਸਿੰਘ ਵਾਸੀ ਸਮਸ… [378,900,555,946]
classified-entry: ☚I Ravinder Singh S/o Kulwant Bir Singh … [565,442,748,567]
notice-body: ਜਨਤਕ ਸੂਚਨਾ ਹਿਤ ਹੈ ਕਿ ਪ੍ਰਾਪਰਟੀ ਨੰ. B-XXXI… [1153,417,1502,682]
classified-entry: ☚ਮੈਂ ਜਸਪਾਲ ਸਿੰਘ ਪੁੱਤਰ ਅਮਰ ਸਿੰਘ ਵਾਸੀ 34, … [187,1489,364,1539]
entry-text: I Nixon John Paul S/o John D Paul R/o Vp… [565,569,747,653]
entry-text: ਮੈਂ ਸਿਮਰਜੀਤ ਸਿੰਘ ਪੁੱਤਰ ਪ੍ਰੀਤਮ ਸਿੰਘ ਵਾਸੀ … [0,1137,177,1183]
pointing-hand-icon: ☚ [378,1390,387,1401]
classified-entry: ☚ਮੈਂ ਹਰਮਨਪ੍ਰੀਤ ਕੌਰ ਪਤਨੀ ਗੁਰਵਿੰਦਰ ਸਿੰਘ ਵਾ… [187,746,364,797]
classified-entry: ☚I, Munish Verma s/o Ramesh Kumar Verma … [565,906,748,1013]
pointing-hand-icon: ☚ [378,276,387,287]
pointing-hand-icon: ☚ [0,1306,9,1317]
classified-entry: ☚I Malti Alias Malti Rani D/O Sh. Kailas… [565,2152,748,2294]
classified-entry: ☚ਮੈਂ ਗੁਰਪ੍ਰੀਤ ਕੌਰ ਦਿਓਲ ਪਤਨੀ ਜਸਪਾਲ ਸਿੰਘ ਬ… [187,258,364,326]
pointing-hand-icon: ☚ [0,1019,9,1030]
classified-entry: ☚ਮੈਂ, ਮਹਿੰਦਰ ਕੌਰ ਪਤਨੀ ਗੁਰਦੇਵ ਸਿੰਘ ਵਾਸੀ ਪ… [756,1467,1133,1535]
classified-entry: ☚ਮੈਂ ਸੁਰਜੀਤ ਸਿੰਘ ਪੁੱਤਰ ਜਗੀਰ ਸਿੰਘ ਵਾਸੀ ਪਿ… [756,530,1133,598]
classified-entry: ☚I, Vijay Lakshmi D/o Sham Lal R/o 4/326… [565,1208,748,1333]
classified-entry: ☚I, Poonam Arora W/o Neeraj Kumar R/o H.… [565,1333,748,1475]
entry-text: ਮੈਂ ਲਖਵੀਰ ਸਿੰਘ ਪੁੱਤਰ ਸੁਖਵਿੰਦਰ ਸਿੰਘ ਪੱਤੀ … [756,192,1133,255]
pointing-hand-icon: ☚ [378,1271,387,1282]
classified-entry: ☚ਮੈ ਗੁਰਪਿਆਰ ਸਿੰਘ ਉਰਫ਼ ਗੁਰਧਿਆਨ ਸਿੰਘ ਪੁੱਤਰ… [565,173,748,240]
pointing-hand-icon: ☚ [565,445,574,456]
entry-text: ਮੈਂ ਸ਼ਾਮ ਲਾਲ ਪੁੱਤਰ ਚਮਨ ਲਾਲ ਵਾਸੀ 53 Exten… [187,985,364,1031]
classified-entry: ☚ਮੈਂ ਮਨਜੀਤ ਕੌਰ ਪਤਨੀ ਬਲਵੀਰ ਸਿੰਘ ਵਾਸੀ ਪਿੰਡ… [187,1591,364,1641]
pointing-hand-icon: ☚ [187,395,195,406]
entry-text: ਅਸੀਂ ਸੁਖਦੇਵ ਸਿੰਘ ਪੁੱਤਰ ਕਰਤਾਰ ਸਿੰਘ ਅਤੇ ਬਲ… [756,1877,1133,1957]
masthead: 2 ਸ਼ੁੱਕਰਵਾਰ, 8 ਦਸੰਬਰ 2023 E.mail : rozan… [0,0,1512,57]
public-notice-3: Public Notice ਬਾ-ਅਦਾਲਤ ਸ੍ਰੀ ਅਮਰਜੀਤ ਸਿੰਘ … [1142,1308,1512,1450]
entry-text: I Hari Singh S/o Late Mangal Singh R/o K… [1146,1929,1510,1995]
entry-code: 002 [1495,1727,1510,1743]
classified-entry: ☚I DamanJot S/O Satnam Singh R/o V.P.O P… [565,2294,748,2368]
pointing-hand-icon: ☚ [0,850,9,861]
court-name: ਬਾ-ਅਦਾਲਤ ਸ੍ਰੀ ਅਮਰਜੀਤ ਸਿੰਘ ਜੁਆਇੰਟ ਸਬ ਰਜਿਸ… [1153,1330,1506,1341]
entry-code: 7171 [726,798,748,817]
classified-entry: ☚ਮੈਂ ਰਣਜੀਤ ਸਿੰਘ ਪੁੱਤਰ ਜਰਨੈਲ ਸਿੰਘ ਵਾਸੀ ਪਿ… [0,527,177,578]
eviction-body: ☚ਮੈਂ ਮਾਧਰੀ ਪਤਨੀ ਮਨੇਸਵਰ ਲਾਲ ਵਾਸੀ ਮਕਾਨ ਨੰ:… [756,99,1133,1960]
entry-text: ਮੈਂ ਸਿਮਰਨਜੀਤ ਰੇਖੀ ਪਤਨੀ ਸਰਵਦੀਪ ਸਿੰਘ ਸੋਢੀ … [1146,1830,1510,1925]
classified-entry: ☚ਮੈਂ ਹਰਪ੍ਰੀਤ ਕੌਰ ਪਤਨੀ ਪ੍ਰਭ ਸਿੰਘ ਵਾਸੀ ਪਿੰ… [0,646,177,713]
pointing-hand-icon: ☚ [187,985,195,996]
entry-text: ਮੈਂ ਗੁਰਪ੍ਰੀਤ ਸਿੰਘ ਪੁੱਤਰ ਗੁਰਬਚਨ ਸਿੰਘ ਵਾਸੀ… [378,445,555,490]
nilami-contacts: ਪ੍ਰਧਾਨ: 9417644521ਸੈਕਟਰੀ: 7860932639ਕੈਸ਼… [1153,1549,1506,1598]
pointing-hand-icon: ☚ [378,664,387,675]
name-change-middle-body: ☚ਮੈਂ ਪ੍ਰੀਤਮ ਪਾਲ ਕੌਰ ਪਤਨੀ ਸੋਹਣ ਸਿੰਘ ਵਾਸੀ … [378,99,749,2368]
pointing-hand-icon: ☚ [756,1877,765,1888]
classified-entry: ☚ਮੈਂ, ਜੀਵਨ ਸਿੰਘ ਰਾਏ ਪੁੱਤਰ ਜਗਜੀਤ ਸਿੰਘ ਵਾਸ… [378,273,555,341]
pointing-hand-icon: ☚ [565,1479,574,1490]
pointing-hand-icon: ☚ [187,749,195,760]
pointing-hand-icon: ☚ [0,951,9,962]
classified-entry: ☚ਮੈਂ ਲਖਵੀਰ ਸਿੰਘ ਪੁੱਤਰ ਸੁਖਵਿੰਦਰ ਸਿੰਘ ਪੱਤੀ… [756,190,1133,258]
classified-entry: ☚I Anita Dogra D/O Roshan Lal is Legally… [565,1582,748,1742]
pointing-hand-icon: ☚ [756,1707,765,1718]
classified-entry: ☚ਮੈਂ ਕਰਨੈਲ ਸਿੰਘ ਪੁੱਤਰ ਗੁਰਦੇਵ ਸਿੰਘ ਵਾਸੀ ਪ… [756,1194,1133,1262]
entry-code: 7171 [1113,735,1133,752]
contact-phone[interactable]: ਸੈਕਟਰੀ: 7860932639 [1153,1565,1506,1582]
pointing-hand-icon: ☚ [0,1137,9,1148]
pointing-hand-icon: ☚ [0,580,9,591]
classified-entry: ☚ਮੈਂ, ਚੌਹਾਨ ਸਮਸ਼ਾਦ ਖਾਨ ਪੁੱਤਰ ਹਰਪਾਲ ਖਾਨ ਵ… [565,375,748,443]
entry-code: 7171 [1113,820,1133,837]
entry-text: ਮੈਂ, ਦਿਲਬਾਗ ਸਿੰਘ ਪੁੱਤਰ ਪੂਰਨ ਸਿੰਘ ਵਾਸੀ ਪਿ… [756,974,1133,1055]
name-change-left-col1: ☚ਮੈਂ ਜਗਮੇਲ ਸਿੰਘ ਸਿੱਧੂ ਪੁੱਤਰ ਅਵਤਾਰ ਸਿੰਘ ਵ… [0,190,177,1641]
classified-entry: ☚ਮੈਂ ਗਗਨਦੀਪ ਸਿੰਘ ਪੁੱਤਰ ਸੁਰਜੀਤ ਸਿੰਘ ਵਾਸੀ … [378,1219,555,1269]
pointing-hand-icon: ☚ [187,1593,195,1604]
entry-text: ਮੈਂ ਸ਼ਿੰਦਰ ਕੌਰ ਪੁੱਤਰੀ ਗੁਰਮੇਲ ਸਿੰਘ ਵਾਸੀ ਵ… [378,1322,555,1384]
pointing-hand-icon: ☚ [187,698,195,709]
entry-code: 7171 [1113,649,1133,667]
classified-entry: ☚ਮੈਂ ਸੁਖਬੀਰ ਕੌਰ ਪਤਨੀ ਰਣਜੀਤ ਸਿੰਘ ਵਾਸੀ Kot… [378,493,555,560]
classified-entry: ☚ਮੈਂ ਹਰਪ੍ਰੀਤ ਕੌਰ ਪੁੱਤਰੀ ਸੁਖਦੇਵ ਸਿੰਘ ਵਾਸੀ… [187,1540,364,1591]
